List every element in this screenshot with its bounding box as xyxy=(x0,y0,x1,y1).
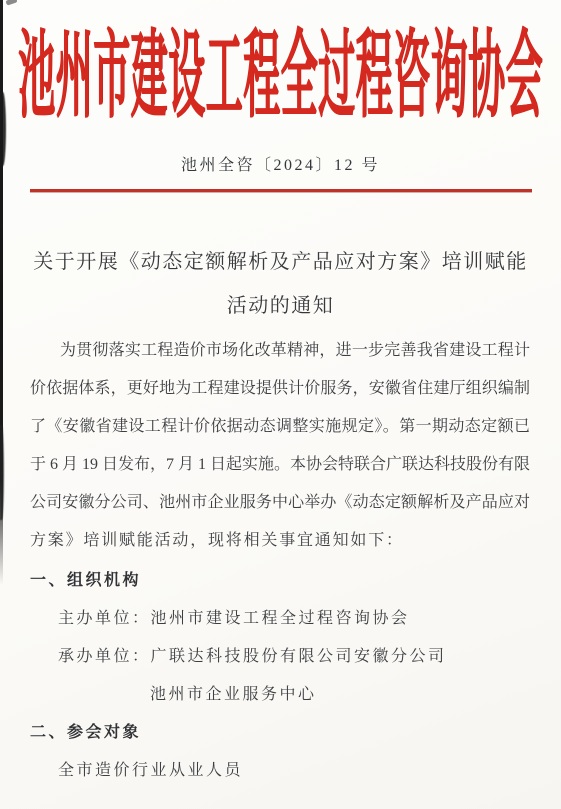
section-heading-organizers: 一、组织机构 xyxy=(30,562,530,600)
doc-sections: 一、组织机构 主办单位：池州市建设工程全过程咨询协会 承办单位：广联达科技股份有… xyxy=(30,562,530,790)
org-banner: 池州市建设工程全过程咨询协会 xyxy=(0,25,561,131)
organizer-undertaker-value: 广联达科技股份有限公司安徽分公司 xyxy=(151,648,447,665)
organizer-undertaker-label: 承办单位： xyxy=(58,648,151,665)
red-divider-rule xyxy=(30,189,532,192)
paragraph-line: 于 6 月 19 日发布，7 月 1 日起实施。本协会特联合广联达科技股份有限 xyxy=(30,446,530,484)
participants-row: 全市造价行业从业人员 xyxy=(30,752,530,790)
doc-title-line2: 活动的通知 xyxy=(0,284,561,328)
paragraph-line: 公司安徽分公司、池州市企业服务中心举办《动态定额解析及产品应对 xyxy=(30,484,530,522)
official-notice-page: 池州市建设工程全过程咨询协会 池州全咨〔2024〕12 号 关于开展《动态定额解… xyxy=(0,0,561,809)
organizer-host-row: 主办单位：池州市建设工程全过程咨询协会 xyxy=(30,600,530,638)
doc-body-paragraph: 为贯彻落实工程造价市场化改革精神，进一步完善我省建设工程计 价依据体系，更好地为… xyxy=(30,332,530,560)
scan-smudge-middle xyxy=(0,425,4,520)
section-heading-participants: 二、参会对象 xyxy=(30,714,530,752)
doc-number: 池州全咨〔2024〕12 号 xyxy=(0,152,561,180)
scan-corner-mark xyxy=(5,0,17,6)
doc-title: 关于开展《动态定额解析及产品应对方案》培训赋能 活动的通知 xyxy=(0,240,561,328)
paragraph-line: 了《安徽省建设工程计价依据动态调整实施规定》。第一期动态定额已 xyxy=(30,408,530,446)
organizer-host-value: 池州市建设工程全过程咨询协会 xyxy=(151,610,410,627)
paragraph-line: 为贯彻落实工程造价市场化改革精神，进一步完善我省建设工程计 xyxy=(30,332,530,370)
org-banner-text: 池州市建设工程全过程咨询协会 xyxy=(18,30,543,126)
paragraph-line: 价依据体系，更好地为工程建设提供计价服务，安徽省住建厅组织编制 xyxy=(30,370,530,408)
doc-title-line1: 关于开展《动态定额解析及产品应对方案》培训赋能 xyxy=(0,240,561,284)
organizer-host-label: 主办单位： xyxy=(58,610,151,627)
paragraph-line: 方案》培训赋能活动，现将相关事宜通知如下： xyxy=(30,522,530,560)
organizer-undertaker-row2: 池州市企业服务中心 xyxy=(30,676,530,714)
organizer-undertaker-row: 承办单位：广联达科技股份有限公司安徽分公司 xyxy=(30,638,530,676)
